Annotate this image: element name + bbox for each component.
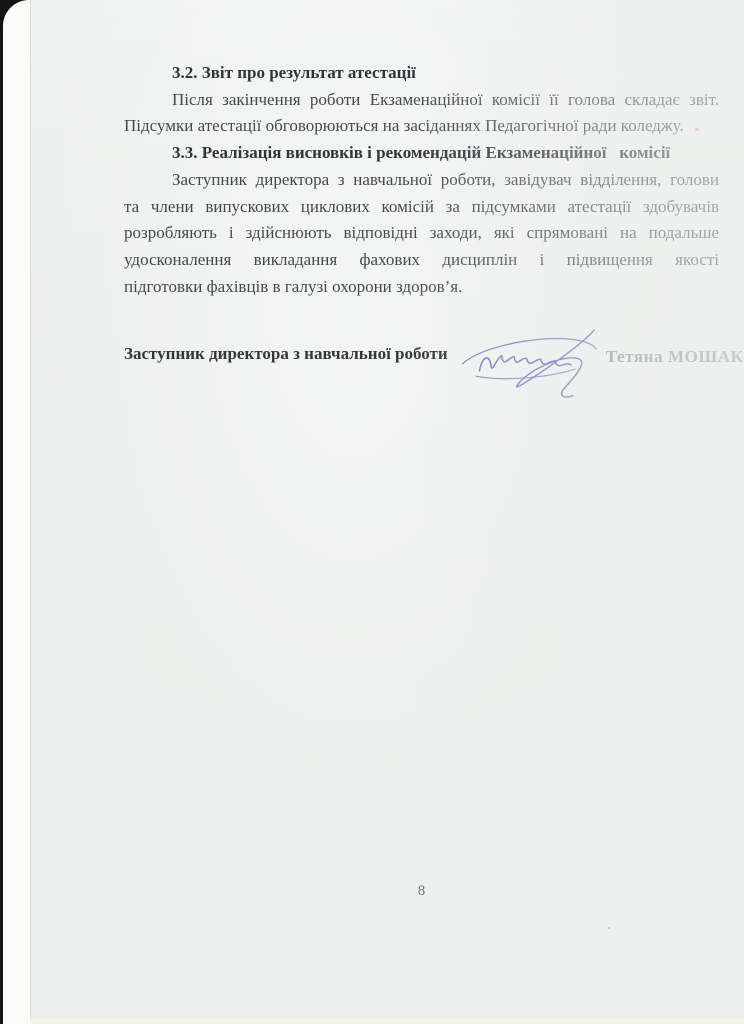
paragraph-line: Підсумки атестації обговорюються на засі…	[124, 113, 719, 140]
handwritten-signature-icon	[460, 316, 602, 415]
text-block: 3.2. Звіт про результат атестації Після …	[124, 60, 719, 300]
paragraph-line: підготовки фахівців в галузі охорони здо…	[124, 274, 719, 301]
paragraph-line: удосконалення викладання фахових дисципл…	[124, 247, 719, 274]
section-3-3: 3.3. Реалізація висновків і рекомендацій…	[124, 140, 719, 300]
page-number: 8	[124, 883, 719, 900]
scan-speck	[695, 128, 699, 131]
section-paragraph: Після закінчення роботи Екзаменаційної к…	[124, 87, 719, 140]
section-paragraph: Заступник директора з навчальної роботи,…	[124, 167, 719, 301]
section-heading: 3.3. Реалізація висновків і рекомендацій…	[124, 140, 719, 167]
document-page: 3.2. Звіт про результат атестації Після …	[30, 0, 744, 1019]
scanned-document-page: 3.2. Звіт про результат атестації Після …	[0, 0, 744, 1024]
paragraph-line: Заступник директора з навчальної роботи,…	[124, 167, 719, 194]
paragraph-line: Після закінчення роботи Екзаменаційної к…	[124, 87, 719, 114]
section-heading: 3.2. Звіт про результат атестації	[124, 60, 719, 87]
scan-speck	[608, 927, 610, 929]
signature-row: Заступник директора з навчальної роботи	[124, 342, 724, 369]
section-3-2: 3.2. Звіт про результат атестації Після …	[124, 60, 719, 140]
paragraph-line: розробляють і здійснюють відповідні захо…	[124, 220, 719, 247]
paragraph-line: та члени випускових циклових комісій за …	[124, 194, 719, 221]
signature-title: Заступник директора з навчальної роботи	[124, 342, 448, 366]
signer-name: Тетяна МОШАК	[606, 345, 744, 369]
scan-bottom-edge	[30, 1019, 744, 1024]
